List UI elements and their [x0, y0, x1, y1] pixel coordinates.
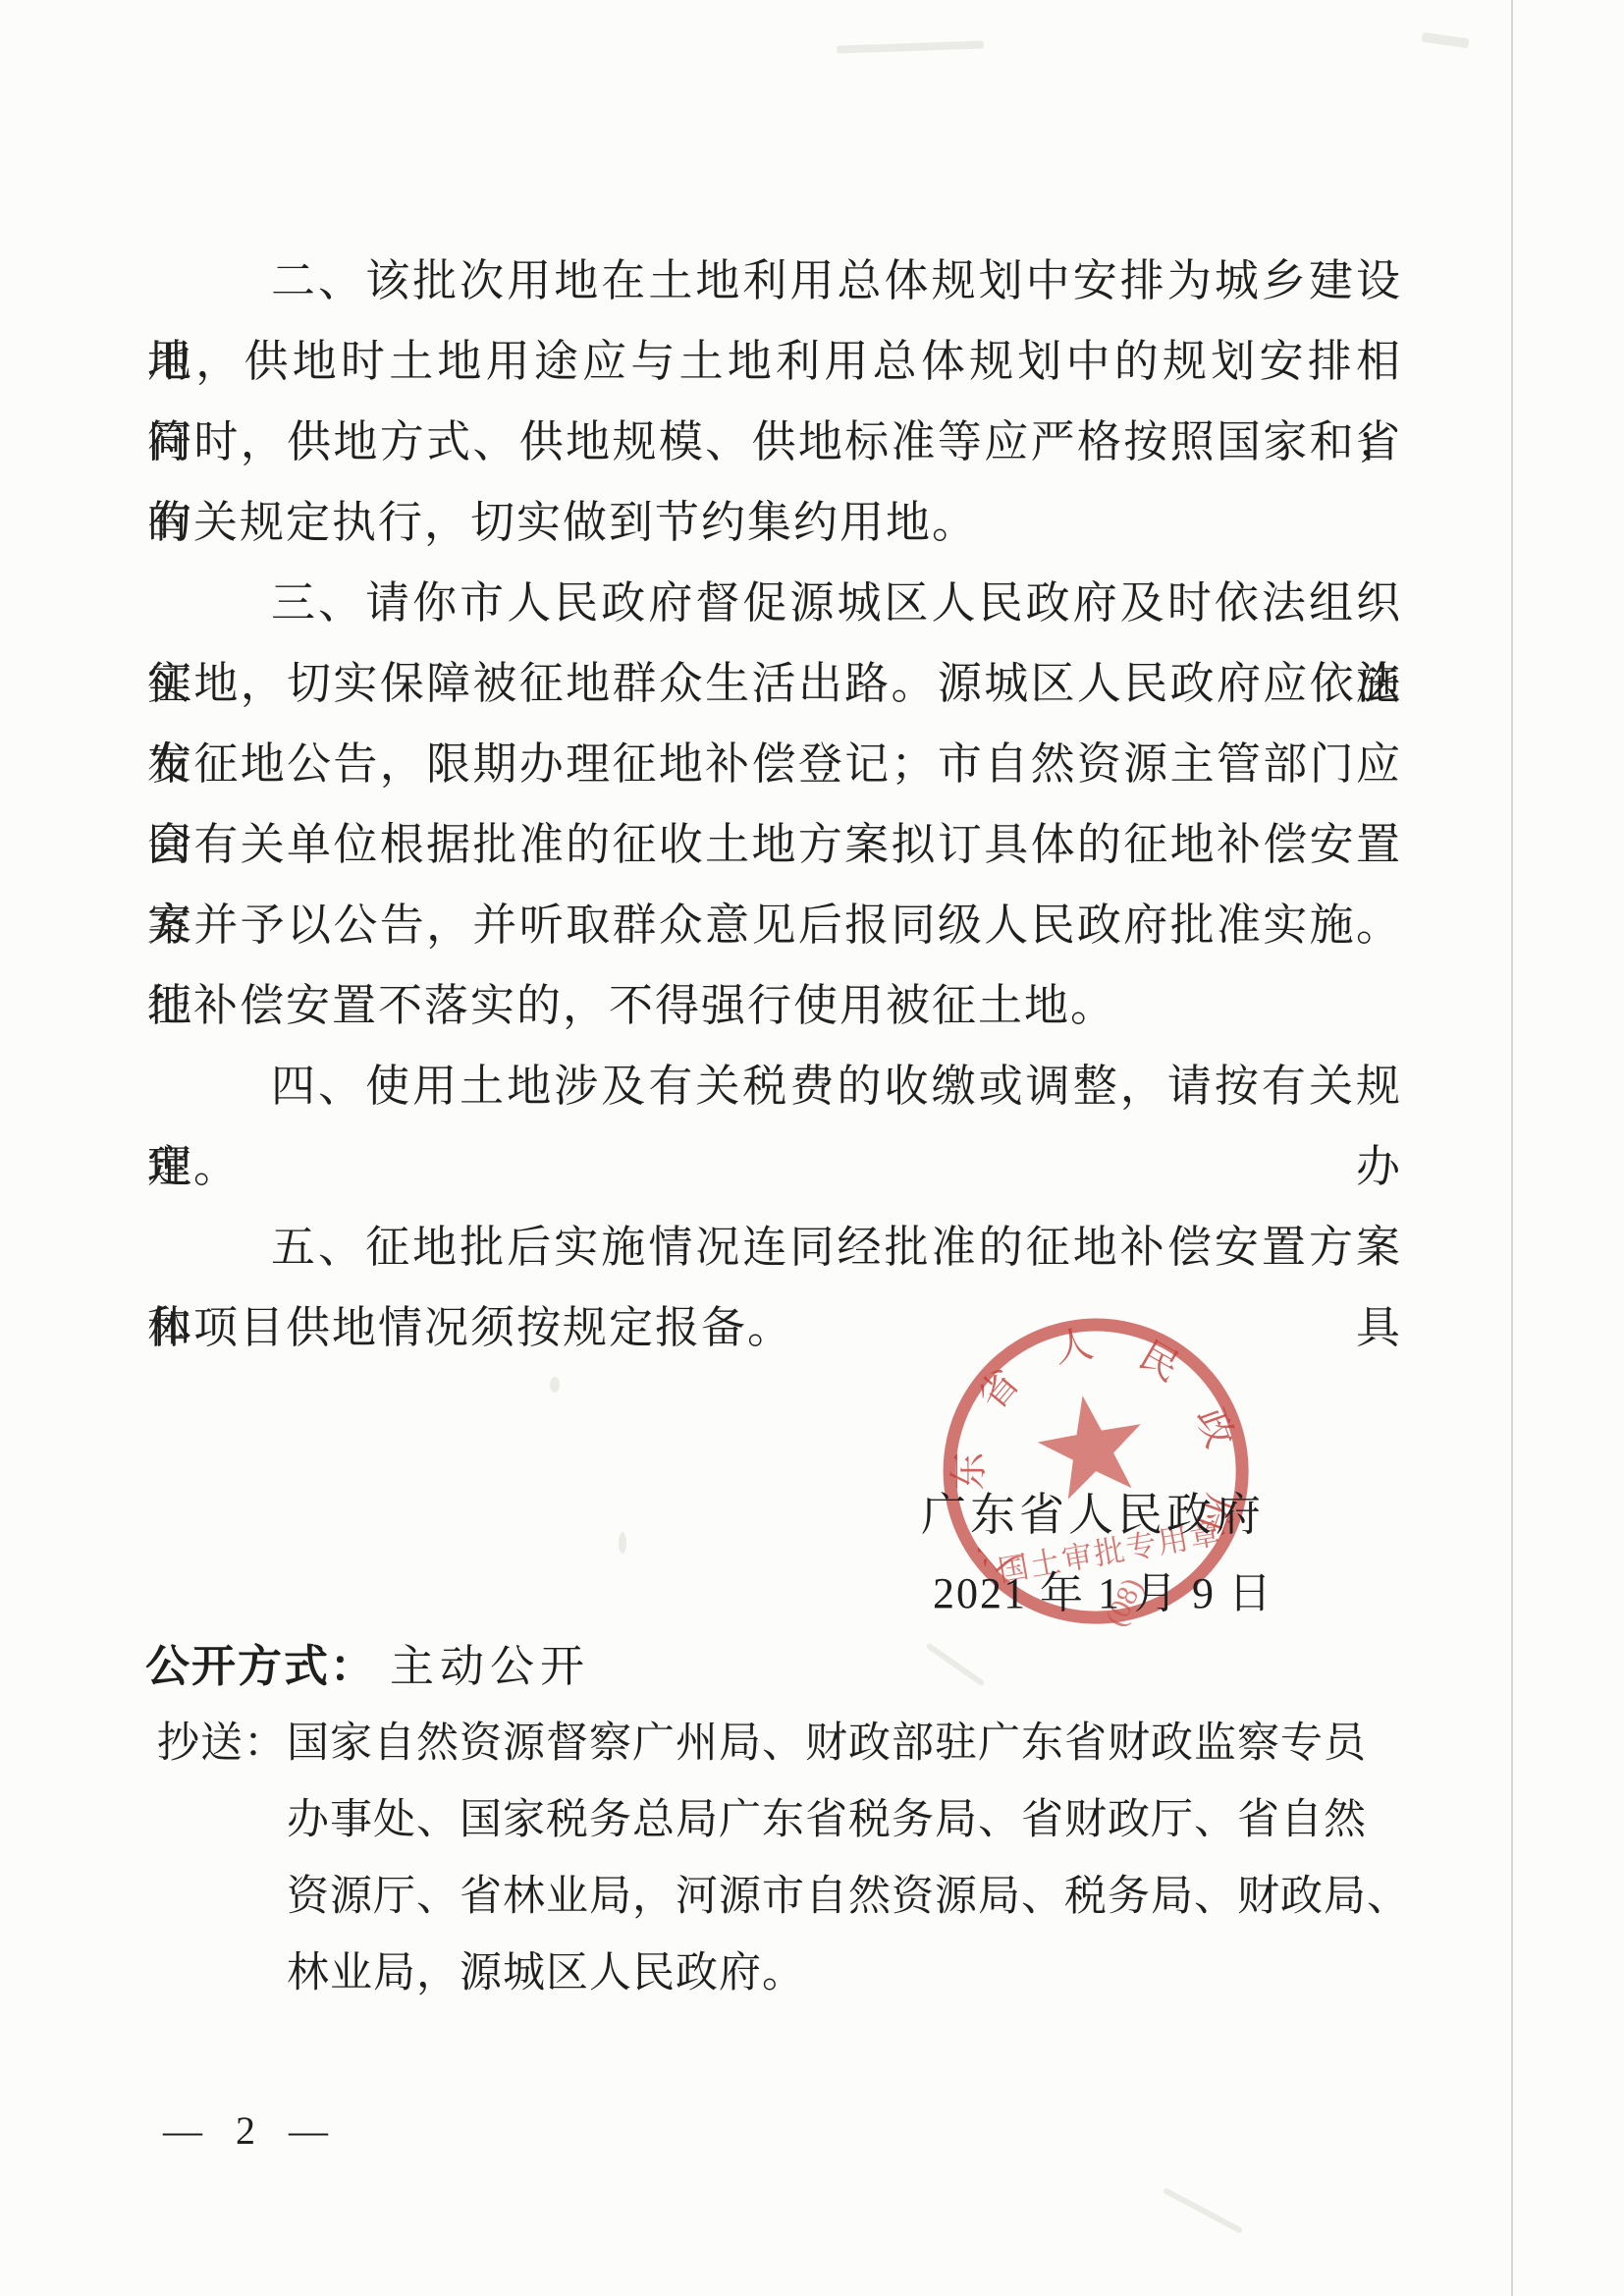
- body-line: 三、请你市人民政府督促源城区人民政府及时依法组织实施: [147, 563, 1402, 643]
- scan-noise: [550, 1377, 560, 1393]
- cc-line: 林业局，源城区人民政府。: [287, 1936, 1410, 2012]
- body-line: 布征地公告，限期办理征地补偿登记；市自然资源主管部门应会: [147, 724, 1402, 804]
- scan-noise: [837, 40, 984, 53]
- scan-edge-line: [1511, 0, 1513, 2296]
- scan-noise: [619, 1532, 626, 1554]
- publicity-value: 主动公开: [390, 1642, 590, 1691]
- cc-line: 国家自然资源督察广州局、财政部驻广东省财政监察专员: [287, 1706, 1410, 1782]
- body-line: 二、该批次用地在土地利用总体规划中安排为城乡建设用: [147, 241, 1402, 321]
- seal-ring-char: 人: [1052, 1323, 1097, 1371]
- document-body: 二、该批次用地在土地利用总体规划中安排为城乡建设用地，供地时土地用途应与土地利用…: [147, 241, 1402, 1368]
- cc-lines: 国家自然资源督察广州局、财政部驻广东省财政监察专员办事处、国家税务总局广东省税务…: [287, 1706, 1410, 2012]
- body-line: 四、使用土地涉及有关税费的收缴或调整，请按有关规定办: [147, 1046, 1402, 1126]
- seal-ring-char: 民: [1132, 1334, 1186, 1390]
- publicity-row: 公开方式：主动公开: [145, 1630, 590, 1694]
- body-line: 地，供地时土地用途应与土地利用总体规划中的规划安排相符；: [147, 321, 1402, 402]
- body-line: 地补偿安置不落实的，不得强行使用被征土地。: [147, 965, 1402, 1046]
- signature-date: 2021 年 1 月 9 日: [933, 1558, 1273, 1620]
- signature: 广东省人民政府: [921, 1479, 1265, 1544]
- body-line: 案并予以公告，并听取群众意见后报同级人民政府批准实施。征: [147, 885, 1402, 965]
- body-line: 同时，供地方式、供地规模、供地标准等应严格按照国家和省的: [147, 402, 1402, 482]
- cc-line: 办事处、国家税务总局广东省税务局、省财政厅、省自然: [287, 1782, 1410, 1859]
- seal-ring-char: 省: [971, 1362, 1028, 1419]
- cc-line: 资源厅、省林业局，河源市自然资源局、税务局、财政局、: [287, 1859, 1410, 1936]
- body-line: 有关规定执行，切实做到节约集约用地。: [147, 482, 1402, 563]
- publicity-label: 公开方式：: [145, 1641, 376, 1691]
- body-line: 五、征地批后实施情况连同经批准的征地补偿安置方案和具: [147, 1207, 1402, 1287]
- document-page: 二、该批次用地在土地利用总体规划中安排为城乡建设用地，供地时土地用途应与土地利用…: [0, 0, 1624, 2296]
- cc-label: 抄送：: [157, 1706, 287, 1782]
- body-line: 征地，切实保障被征地群众生活出路。源城区人民政府应依法发: [147, 643, 1402, 724]
- scan-noise: [1422, 32, 1470, 49]
- cc-block: 抄送： 国家自然资源督察广州局、财政部驻广东省财政监察专员办事处、国家税务总局广…: [157, 1706, 1410, 2012]
- scan-noise: [1163, 2187, 1243, 2234]
- page-number: — 2 —: [163, 2107, 340, 2154]
- body-line: 同有关单位根据批准的征收土地方案拟订具体的征地补偿安置方: [147, 804, 1402, 885]
